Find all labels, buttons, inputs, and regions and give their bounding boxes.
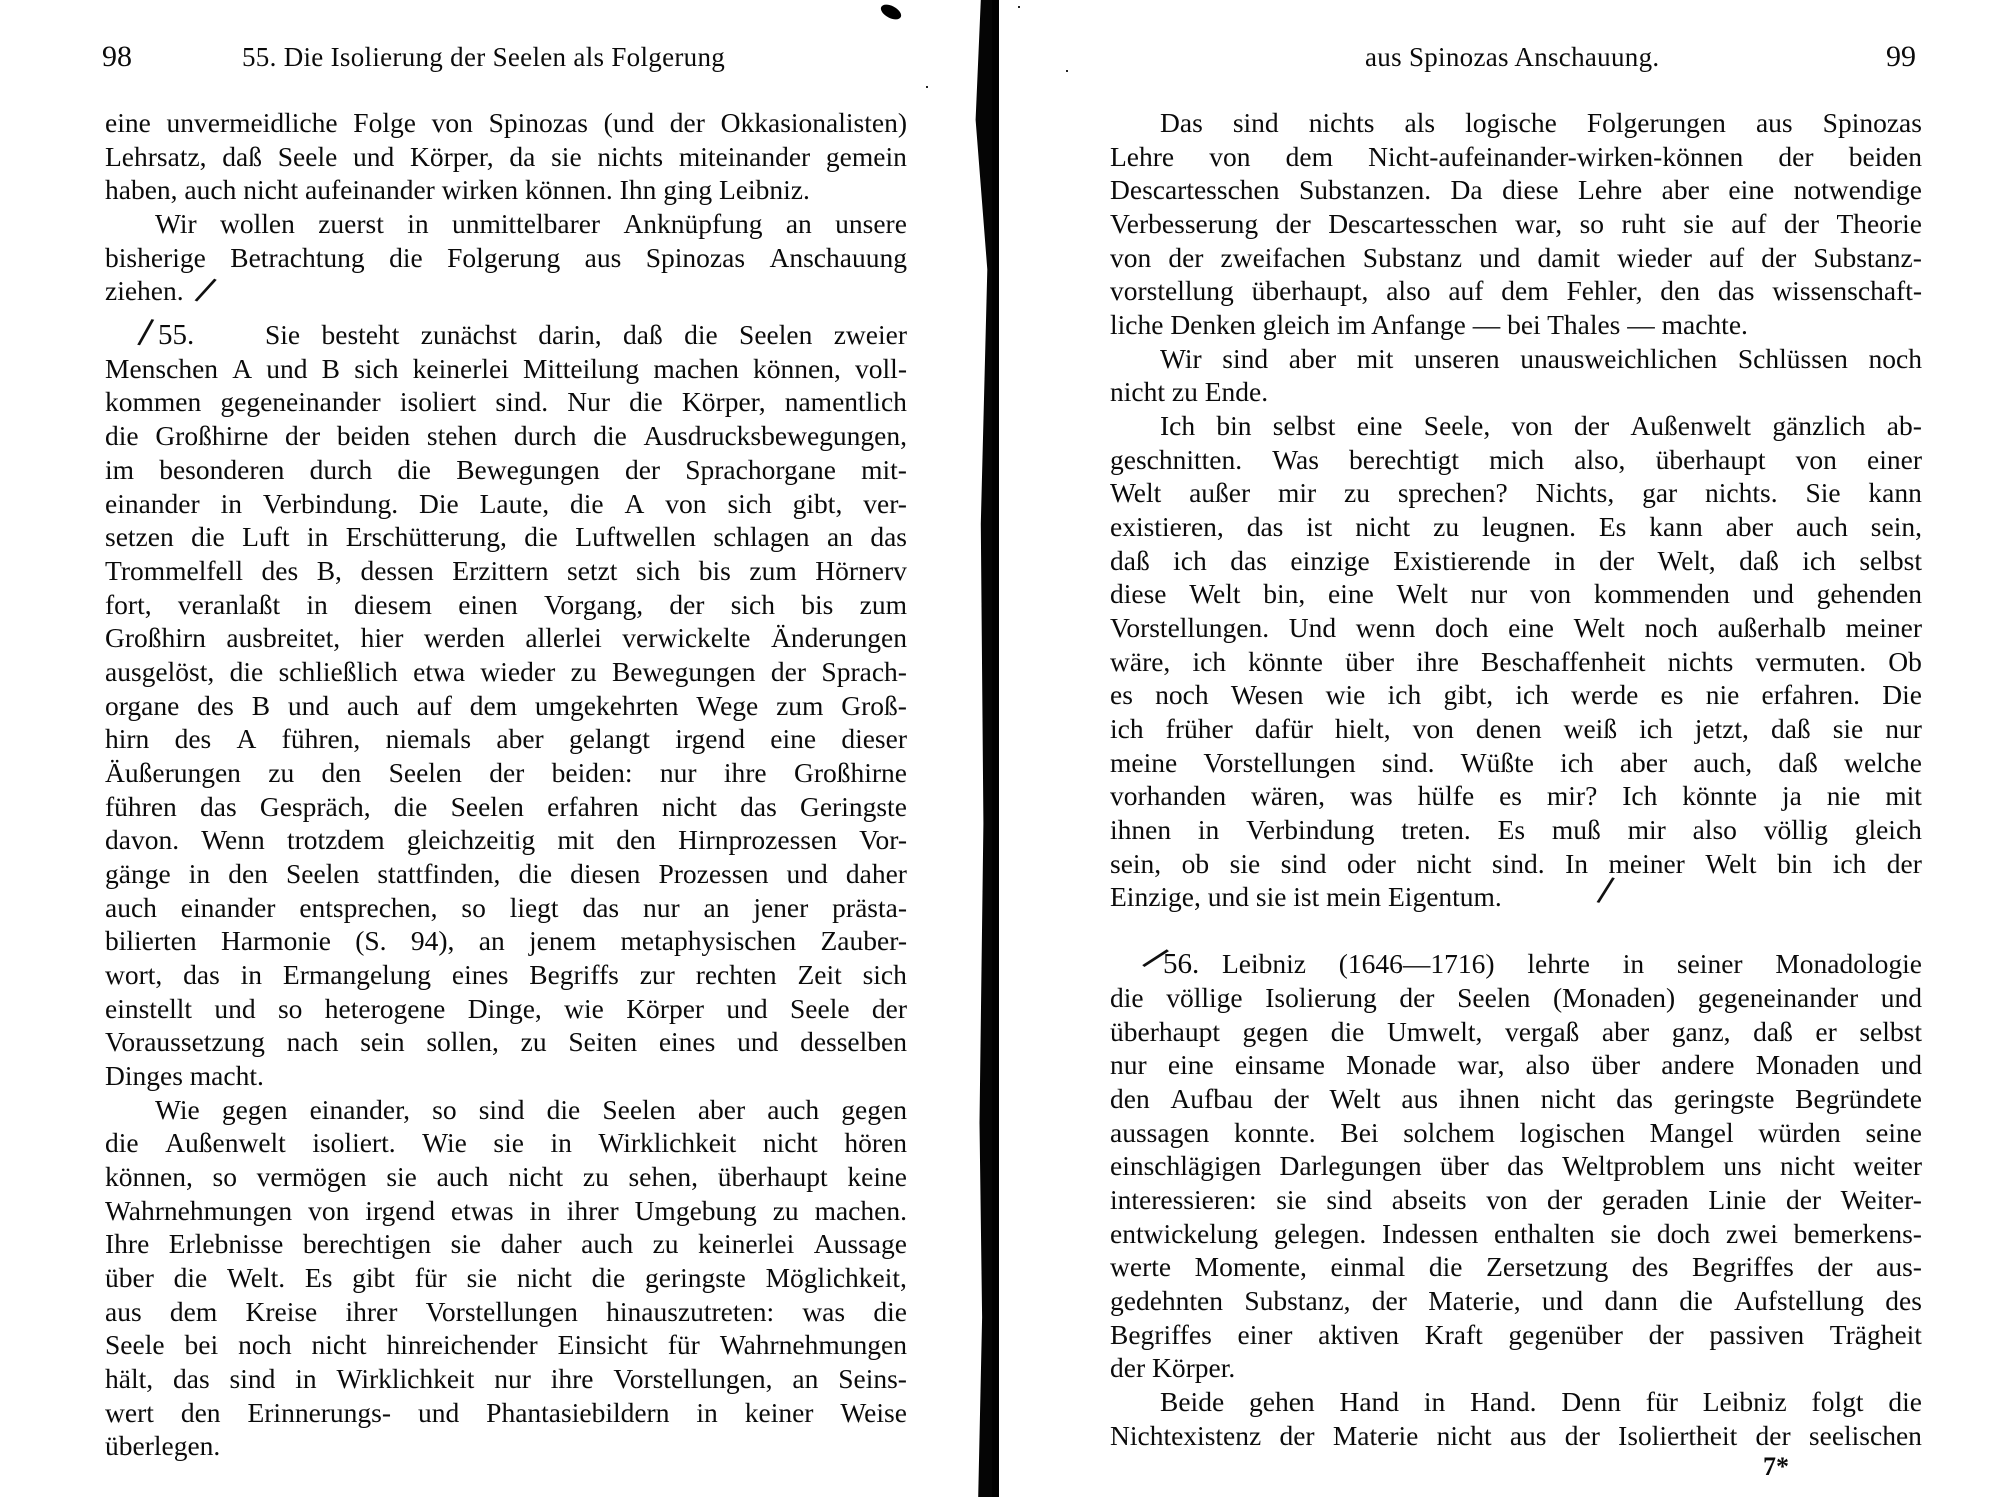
text-line: hirndesAführen,niemalsabergelangtirgende… bbox=[105, 722, 907, 756]
text-line: dieGroßhirnederbeidenstehendurchdieAusdr… bbox=[105, 419, 907, 453]
text-line: ziehen. bbox=[105, 274, 907, 308]
page-number: 98 bbox=[102, 40, 132, 74]
text-line: interessieren:siesindabseitsvondergerade… bbox=[1110, 1183, 1922, 1217]
text-line: hält,dassindinWirklichkeitnurihreVorstel… bbox=[105, 1362, 907, 1396]
text-line: wäre,ichkönnteüberihreBeschaffenheitnich… bbox=[1110, 645, 1922, 679]
ink-blot bbox=[878, 2, 903, 23]
text-line: Einzige, und sie ist mein Eigentum. bbox=[1110, 880, 1922, 914]
text-line: Voraussetzungnachseinsollen,zuSeiteneine… bbox=[105, 1025, 907, 1059]
text-line: Leibniz(1646—1716)lehrteinseinerMonadolo… bbox=[1222, 947, 1922, 981]
text-line: gängeindenSeelenstattfinden,diediesenPro… bbox=[105, 857, 907, 891]
book-spread-scan: 98 55. Die Isolierung der Seelen als Fol… bbox=[0, 0, 2000, 1497]
text-line: Wiegegeneinander,sosinddieSeelenaberauch… bbox=[105, 1093, 907, 1127]
text-line: daßichdaseinzigeExistierendeinderWelt,da… bbox=[1110, 544, 1922, 578]
text-line: denAufbauderWeltausihnennichtdasgeringst… bbox=[1110, 1082, 1922, 1116]
text-line: DassindnichtsalslogischeFolgerungenausSp… bbox=[1110, 106, 1922, 140]
text-line: existieren,dasistnichtzuleugnen.Eskannab… bbox=[1110, 510, 1922, 544]
text-line: nureineeinsameMonadewar,alsoüberandereMo… bbox=[1110, 1048, 1922, 1082]
text-line: MenschenAundBsichkeinerleiMitteilungmach… bbox=[105, 352, 907, 386]
text-line: IhreErlebnisseberechtigensiedaherauchzuk… bbox=[105, 1227, 907, 1261]
text-line: aussagenkonnte.BeisolchemlogischenMangel… bbox=[1110, 1116, 1922, 1150]
text-line: vorhandenwären,washülfeesmir?Ichkönnteja… bbox=[1110, 779, 1922, 813]
text-line: WahrnehmungenvonirgendetwasinihrerUmgebu… bbox=[105, 1194, 907, 1228]
text-line: wertdenErinnerungs-undPhantasiebildernin… bbox=[105, 1396, 907, 1430]
text-line: überdieWelt.Esgibtfürsienichtdiegeringst… bbox=[105, 1261, 907, 1295]
text-line: dievölligeIsolierungderSeelen(Monaden)ge… bbox=[1110, 981, 1922, 1015]
text-line: nicht zu Ende. bbox=[1110, 375, 1922, 409]
text-line: ichfrüherdafürhielt,vondenenweißichjetzt… bbox=[1110, 712, 1922, 746]
text-line: einschlägigenDarlegungenüberdasWeltprobl… bbox=[1110, 1149, 1922, 1183]
text-line: VerbesserungderDescartesschenwar,soruhts… bbox=[1110, 207, 1922, 241]
text-line: eineunvermeidlicheFolgevonSpinozas(undde… bbox=[105, 106, 907, 140]
text-line: Siebestehtzunächstdarin,daßdieSeelenzwei… bbox=[265, 318, 907, 352]
text-line: ÄußerungenzudenSeelenderbeiden:nurihreGr… bbox=[105, 756, 907, 790]
text-line: Lehrsatz,daßSeeleundKörper,dasienichtsmi… bbox=[105, 140, 907, 174]
section-first-line: Leibniz(1646—1716)lehrteinseinerMonadolo… bbox=[1110, 947, 1922, 981]
text-line: wort,dasinErmangelungeinesBegriffszurrec… bbox=[105, 958, 907, 992]
section-first-line: Siebestehtzunächstdarin,daßdieSeelenzwei… bbox=[105, 318, 907, 352]
section-number: 55. bbox=[158, 318, 194, 352]
text-line: setzendieLuftinErschütterung,dieLuftwell… bbox=[105, 520, 907, 554]
text-line: Dinges macht. bbox=[105, 1059, 907, 1093]
text-line: NichtexistenzderMaterienichtausderIsolie… bbox=[1110, 1419, 1922, 1453]
text-line: organedesBundauchaufdemumgekehrtenWegezu… bbox=[105, 689, 907, 723]
text-line: Weltaußermirzusprechen?Nichts,garnichts.… bbox=[1110, 476, 1922, 510]
text-line: biliertenHarmonie(S.94),anjenemmetaphysi… bbox=[105, 924, 907, 958]
scan-speck bbox=[926, 86, 928, 88]
running-head: aus Spinozas Anschauung. bbox=[1365, 42, 1659, 73]
text-line: BegriffeseineraktivenKraftgegenüberderpa… bbox=[1110, 1318, 1922, 1352]
text-line: SeelebeinochnichthinreichenderEinsichtfü… bbox=[105, 1328, 907, 1362]
text-line: Großhirnausbreitet,hierwerdenallerleiver… bbox=[105, 621, 907, 655]
text-line: einstelltundsoheterogeneDinge,wieKörperu… bbox=[105, 992, 907, 1026]
text-line: fort,veranlaßtindiesemeinenVorgang,dersi… bbox=[105, 588, 907, 622]
text-line: davon.WenntrotzdemgleichzeitigmitdenHirn… bbox=[105, 823, 907, 857]
text-line: werteMomente,einmaldieZersetzungdesBegri… bbox=[1110, 1250, 1922, 1284]
text-line: liche Denken gleich im Anfange — bei Tha… bbox=[1110, 308, 1922, 342]
text-line: gedehntenSubstanz,derMaterie,unddanndieA… bbox=[1110, 1284, 1922, 1318]
text-line: aucheinanderentsprechen,soliegtdasnuranj… bbox=[105, 891, 907, 925]
text-line: führendasGespräch,dieSeelenerfahrennicht… bbox=[105, 790, 907, 824]
text-line: ausgelöst,dieschließlichetwawiederzuBewe… bbox=[105, 655, 907, 689]
text-line: vorstellungüberhaupt,alsoaufdemFehler,de… bbox=[1110, 274, 1922, 308]
text-line: dieseWeltbin,eineWeltnurvonkommendenundg… bbox=[1110, 577, 1922, 611]
scan-speck bbox=[1066, 70, 1068, 72]
text-line: Vorstellungen.UndwenndocheineWeltnochauß… bbox=[1110, 611, 1922, 645]
signature-mark: 7* bbox=[1763, 1452, 1789, 1482]
text-line: geschnitten.Wasberechtigtmichalso,überha… bbox=[1110, 443, 1922, 477]
scan-speck bbox=[1018, 6, 1020, 8]
text-line: einanderinVerbindung.DieLaute,dieAvonsic… bbox=[105, 487, 907, 521]
text-line: TrommelfelldesB,dessenErzitternsetztsich… bbox=[105, 554, 907, 588]
text-line: bisherigeBetrachtungdieFolgerungausSpino… bbox=[105, 241, 907, 275]
text-line: esnochWesenwieichgibt,ichwerdeesnieerfah… bbox=[1110, 678, 1922, 712]
text-line: LehrevondemNicht-aufeinander-wirken-könn… bbox=[1110, 140, 1922, 174]
text-line: BeidegehenHandinHand.DennfürLeibnizfolgt… bbox=[1110, 1385, 1922, 1419]
book-gutter-edge bbox=[992, 0, 999, 1497]
text-line: vonderzweifachenSubstanzunddamitwiederau… bbox=[1110, 241, 1922, 275]
text-line: überhauptgegendieUmwelt,vergaßaberganz,d… bbox=[1110, 1015, 1922, 1049]
text-line: DescartesschenSubstanzen.DadieseLehreabe… bbox=[1110, 173, 1922, 207]
text-line: kommengegeneinanderisoliertsind.NurdieKö… bbox=[105, 385, 907, 419]
text-line: entwickelunggelegen.Indessenenthaltensie… bbox=[1110, 1217, 1922, 1251]
text-line: ausdemKreiseihrerVorstellungenhinauszutr… bbox=[105, 1295, 907, 1329]
page-number: 99 bbox=[1886, 40, 1916, 74]
text-line: können,sovermögensieauchnichtzusehen,übe… bbox=[105, 1160, 907, 1194]
running-head: 55. Die Isolierung der Seelen als Folger… bbox=[242, 42, 725, 73]
text-line: imbesonderendurchdieBewegungenderSpracho… bbox=[105, 453, 907, 487]
text-line: der Körper. bbox=[1110, 1351, 1922, 1385]
text-line: sein,obsiesindodernichtsind.InmeinerWelt… bbox=[1110, 847, 1922, 881]
text-line: ihneninVerbindungtreten.Esmußmiralsovöll… bbox=[1110, 813, 1922, 847]
text-line: meineVorstellungensind.Wüßteichaberauch,… bbox=[1110, 746, 1922, 780]
text-line: WirwollenzuerstinunmittelbarerAnknüpfung… bbox=[105, 207, 907, 241]
text-line: IchbinselbsteineSeele,vonderAußenweltgän… bbox=[1110, 409, 1922, 443]
text-line: dieAußenweltisoliert.WiesieinWirklichkei… bbox=[105, 1126, 907, 1160]
text-line: WirsindabermitunserenunausweichlichenSch… bbox=[1110, 342, 1922, 376]
text-line: überlegen. bbox=[105, 1429, 907, 1463]
text-line: haben, auch nicht aufeinander wirken kön… bbox=[105, 173, 907, 207]
